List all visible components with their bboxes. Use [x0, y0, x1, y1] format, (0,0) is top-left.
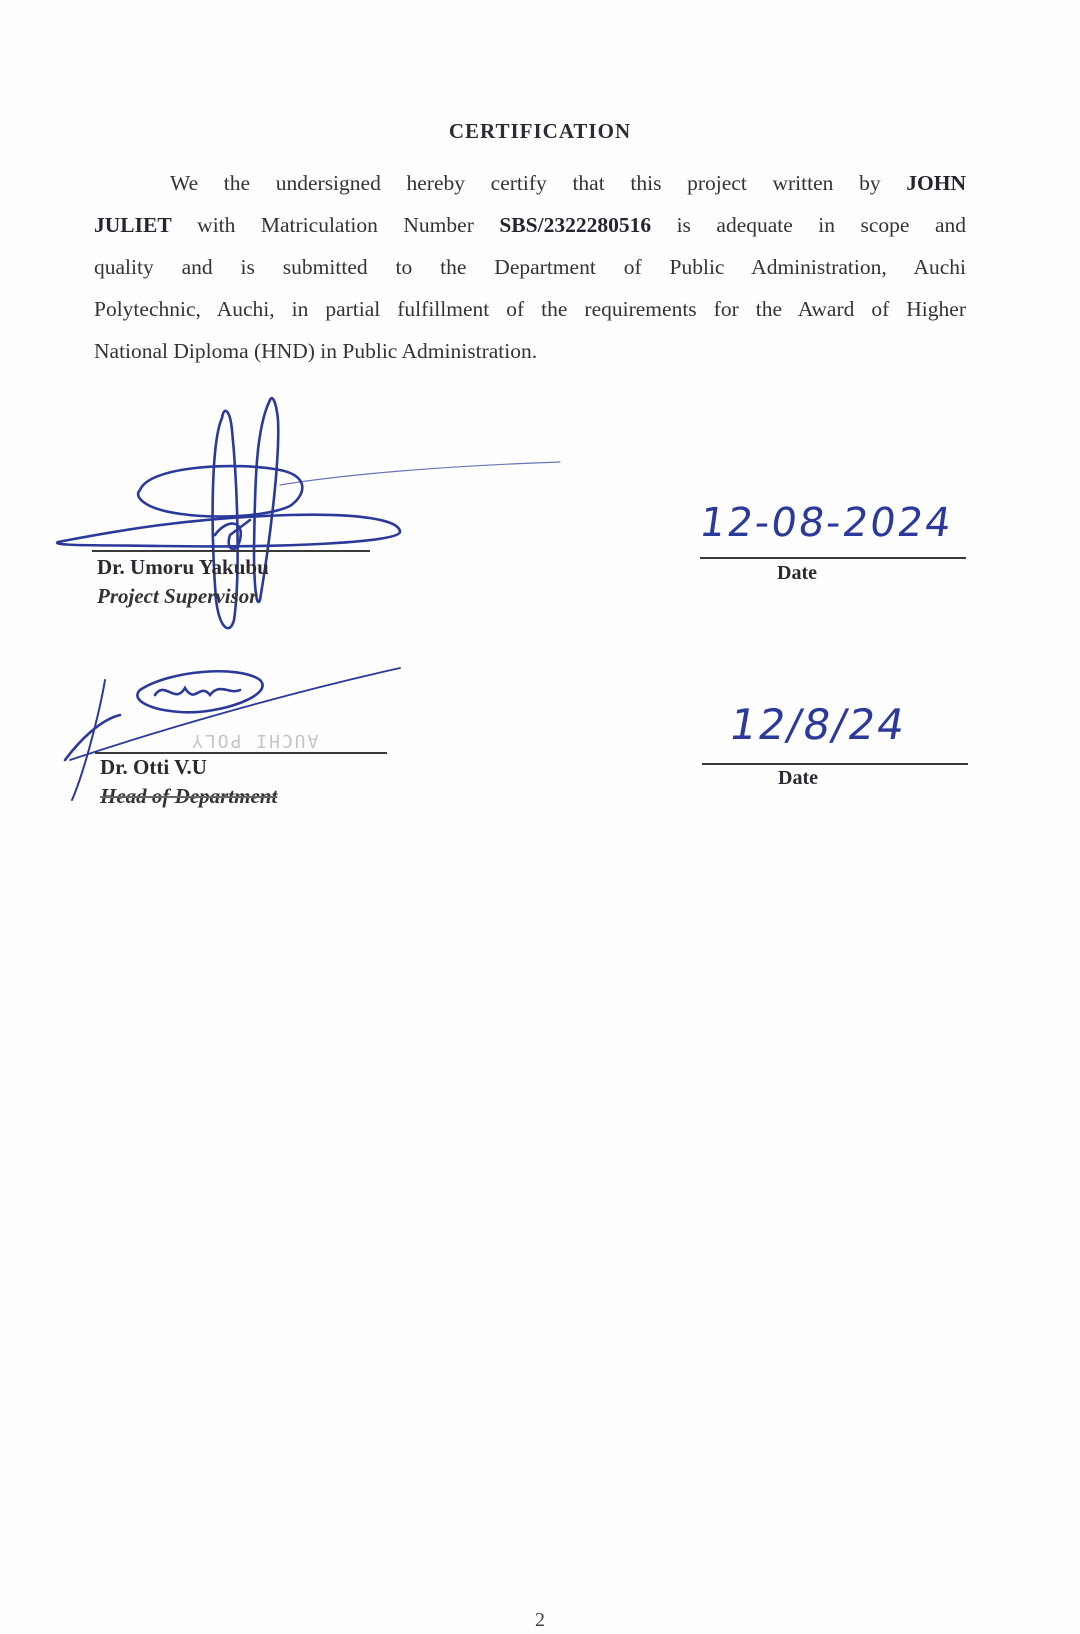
certification-page: CERTIFICATION We the undersigned hereby … [0, 0, 1080, 1634]
hod-signature-line [95, 752, 387, 754]
hod-date-label: Date [778, 767, 818, 790]
paragraph-line: JULIET with Matriculation Number SBS/232… [94, 204, 966, 246]
supervisor-role: Project Supervisor [97, 584, 257, 609]
page-number: 2 [0, 1609, 1080, 1632]
page-title: CERTIFICATION [0, 119, 1080, 144]
hod-date-line [702, 763, 968, 765]
paragraph-line: quality and is submitted to the Departme… [94, 246, 966, 288]
supervisor-signature-line [92, 550, 370, 552]
hod-role: Head of Department [100, 784, 277, 809]
paragraph-line: National Diploma (HND) in Public Adminis… [94, 330, 966, 372]
certification-paragraph: We the undersigned hereby certify that t… [94, 162, 966, 372]
supervisor-name: Dr. Umoru Yakubu [97, 555, 269, 580]
department-stamp: AUCHI POLY [190, 730, 318, 751]
hod-handwritten-date: 12/8/24 [726, 700, 911, 749]
supervisor-handwritten-date: 12-08-2024 [697, 500, 956, 546]
supervisor-date-label: Date [777, 562, 817, 585]
paragraph-line: Polytechnic, Auchi, in partial fulfillme… [94, 288, 966, 330]
paragraph-line: We the undersigned hereby certify that t… [94, 162, 966, 204]
hod-name: Dr. Otti V.U [100, 755, 207, 780]
supervisor-date-line [700, 557, 966, 559]
